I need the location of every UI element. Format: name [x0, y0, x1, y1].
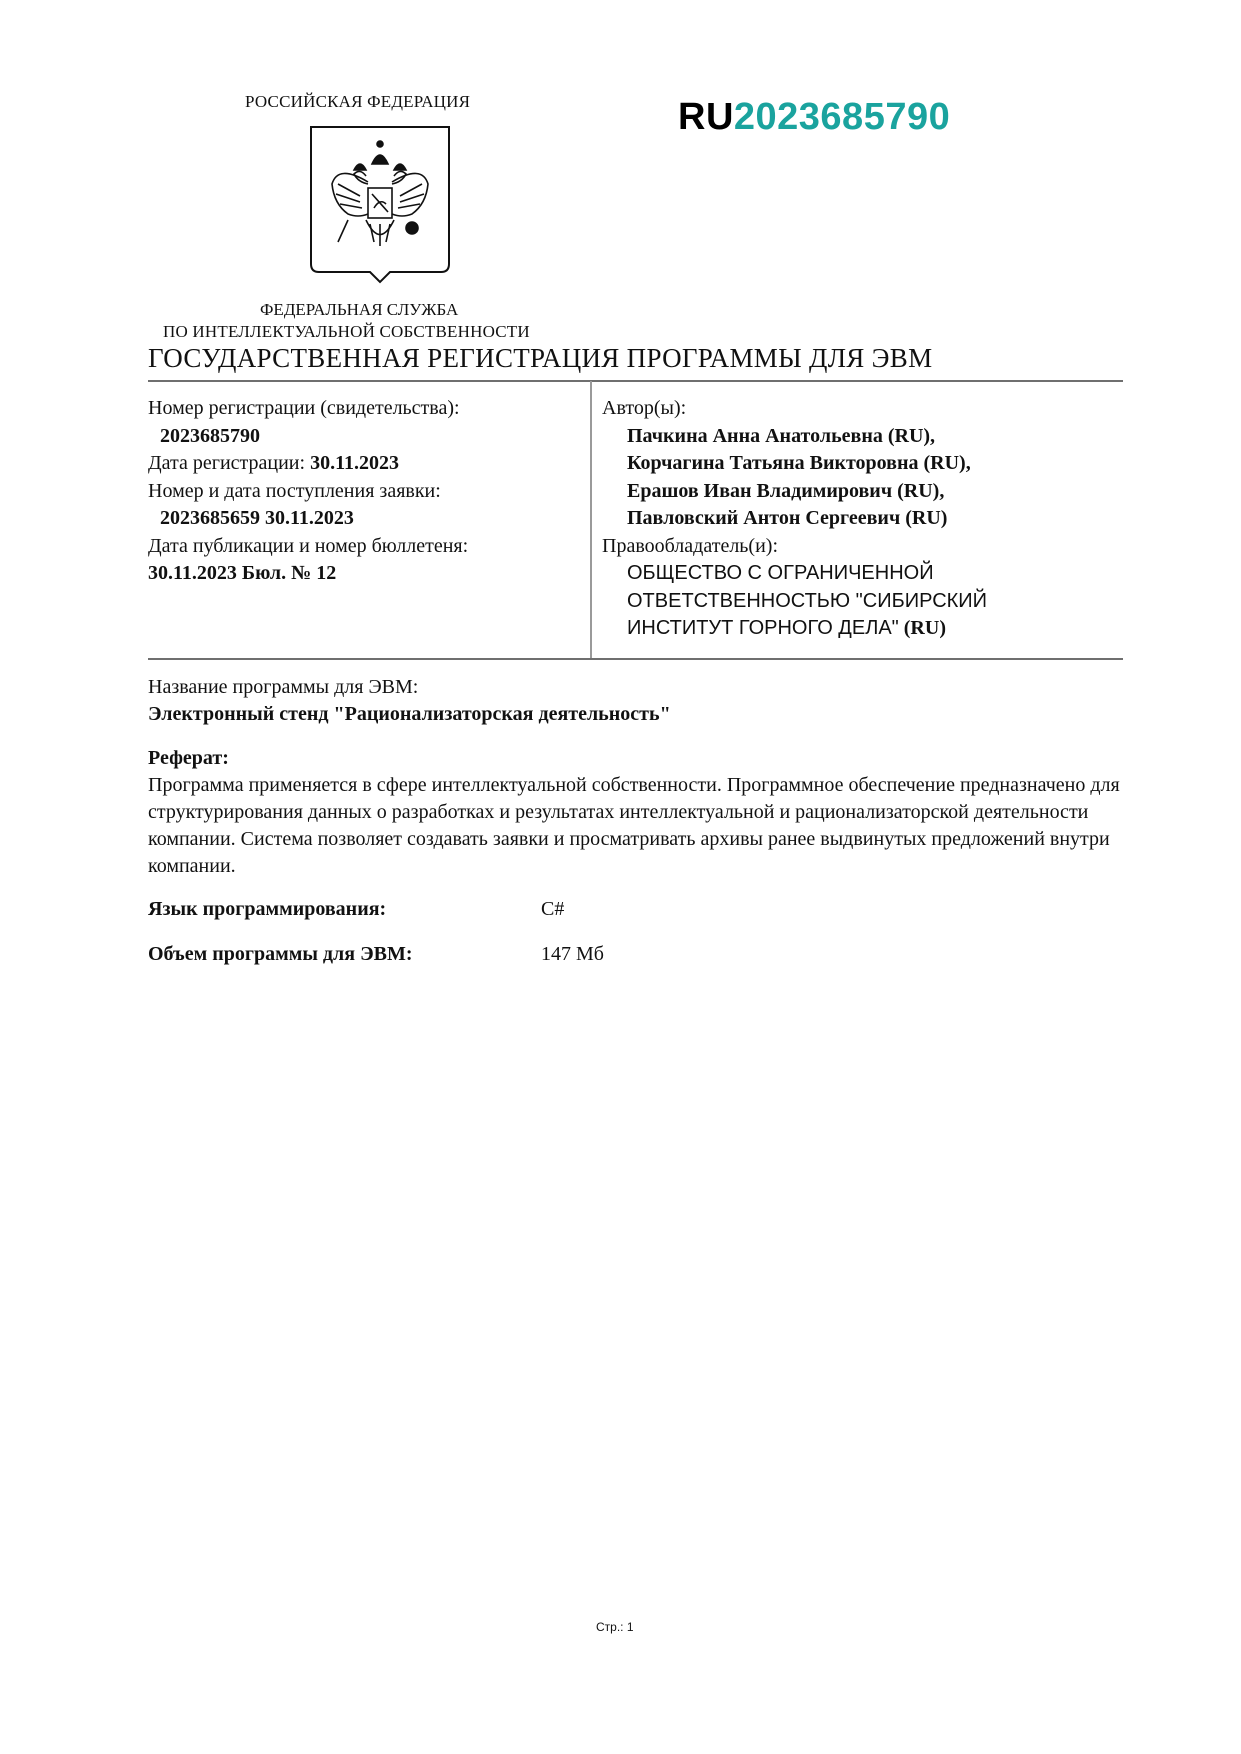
holder-line: ИНСТИТУТ ГОРНОГО ДЕЛА" — [627, 617, 899, 639]
authors-label: Автор(ы): — [602, 395, 987, 423]
author-item: Ерашов Иван Владимирович (RU), — [602, 478, 987, 506]
size-label: Объем программы для ЭВМ: — [148, 943, 413, 966]
program-name-label: Название программы для ЭВМ: — [148, 674, 418, 701]
registration-details: Номер регистрации (свидетельства): 20236… — [148, 395, 468, 588]
publication-label: Дата публикации и номер бюллетеня: — [148, 533, 468, 561]
document-number: 2023685790 — [734, 96, 950, 138]
holder-line-last: ИНСТИТУТ ГОРНОГО ДЕЛА" (RU) — [602, 615, 987, 643]
holder-line: ОТВЕТСТВЕННОСТЬЮ "СИБИРСКИЙ — [602, 588, 987, 616]
reg-number-value: 2023685790 — [148, 423, 468, 451]
size-value: 147 Мб — [541, 943, 604, 966]
abstract-text: Программа применяется в сфере интеллекту… — [148, 772, 1128, 880]
russian-coat-of-arms-icon — [308, 124, 452, 284]
program-name: Электронный стенд "Рационализаторская де… — [148, 701, 671, 728]
bottom-divider — [148, 658, 1123, 660]
language-value: C# — [541, 898, 564, 921]
holders-label: Правообладатель(и): — [602, 533, 987, 561]
reg-date-row: Дата регистрации: 30.11.2023 — [148, 450, 468, 478]
agency-name-line1: ФЕДЕРАЛЬНАЯ СЛУЖБА — [260, 300, 458, 320]
country-code: RU — [678, 96, 734, 138]
reg-number-label: Номер регистрации (свидетельства): — [148, 395, 468, 423]
registration-number-banner: RU2023685790 — [678, 96, 950, 139]
holder-country: (RU) — [904, 617, 946, 639]
page-number: Стр.: 1 — [596, 1620, 634, 1634]
author-item: Павловский Антон Сергеевич (RU) — [602, 505, 987, 533]
publication-value: 30.11.2023 Бюл. № 12 — [148, 560, 468, 588]
reg-date-value: 30.11.2023 — [310, 452, 399, 474]
language-label: Язык программирования: — [148, 898, 386, 921]
application-label: Номер и дата поступления заявки: — [148, 478, 468, 506]
agency-name-line2: ПО ИНТЕЛЛЕКТУАЛЬНОЙ СОБСТВЕННОСТИ — [163, 322, 530, 342]
country-name: РОССИЙСКАЯ ФЕДЕРАЦИЯ — [245, 92, 470, 112]
application-value: 2023685659 30.11.2023 — [148, 505, 468, 533]
authors-holders: Автор(ы): Пачкина Анна Анатольевна (RU),… — [602, 395, 987, 643]
reg-date-label: Дата регистрации: — [148, 452, 305, 474]
top-divider — [148, 380, 1123, 382]
holder-line: ОБЩЕСТВО С ОГРАНИЧЕННОЙ — [602, 560, 987, 588]
column-divider — [590, 381, 592, 659]
author-item: Корчагина Татьяна Викторовна (RU), — [602, 450, 987, 478]
author-item: Пачкина Анна Анатольевна (RU), — [602, 423, 987, 451]
abstract-label: Реферат: — [148, 745, 229, 772]
document-title: ГОСУДАРСТВЕННАЯ РЕГИСТРАЦИЯ ПРОГРАММЫ ДЛ… — [148, 343, 932, 374]
